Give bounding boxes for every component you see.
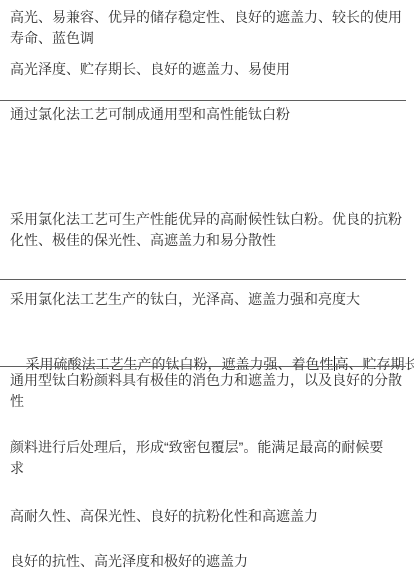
- text-row-8[interactable]: 颜料进行后处理后，形成“致密包覆层”。能满足最高的耐候要 求: [10, 437, 410, 479]
- text-row-10[interactable]: 良好的抗性、高光泽度和极好的遮盖力: [10, 551, 410, 572]
- text-row-7[interactable]: 通用型钛白粉颜料具有极佳的消色力和遮盖力，以及良好的分散 性: [10, 370, 410, 412]
- row-separator-1: [0, 100, 406, 101]
- text-row-5[interactable]: 采用氯化法工艺生产的钛白，光泽高、遮盖力强和亮度大: [10, 289, 410, 310]
- row-separator-2: [0, 279, 406, 280]
- text-row-9[interactable]: 高耐久性、高保光性、良好的抗粉化性和高遮盖力: [10, 506, 410, 527]
- row-separator-3: [0, 366, 406, 367]
- text-row-4[interactable]: 采用氯化法工艺可生产性能优异的高耐候性钛白粉。优良的抗粉 化性、极佳的保光性、高…: [10, 209, 410, 251]
- document-page: 高光、易兼容、优异的储存稳定性、良好的遮盖力、较长的使用 寿命、蓝色调 高光泽度…: [0, 0, 414, 582]
- text-row-3[interactable]: 通过氯化法工艺可制成通用型和高性能钛白粉: [10, 104, 410, 125]
- text-row-2[interactable]: 高光泽度、贮存期长、良好的遮盖力、易使用: [10, 59, 410, 80]
- text-row-1[interactable]: 高光、易兼容、优异的储存稳定性、良好的遮盖力、较长的使用 寿命、蓝色调: [10, 7, 410, 49]
